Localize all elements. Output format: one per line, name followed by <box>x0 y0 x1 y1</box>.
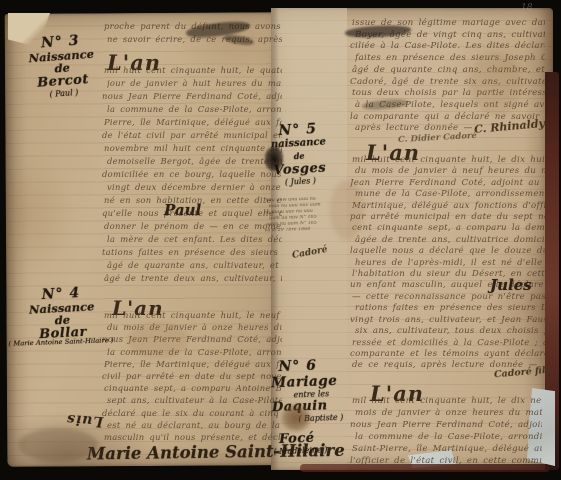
inverted-margin-word: Luis <box>65 411 103 430</box>
foxing-spot-2 <box>470 52 522 116</box>
foxing-spot-3 <box>330 180 364 240</box>
margin-note-act3: N° 3 Naissance de Bercot ( Paul ) <box>22 31 102 100</box>
stain-near-foce <box>282 405 310 431</box>
ink-blot-act5 <box>265 147 283 171</box>
shadow-bottom-left <box>18 428 98 462</box>
act4-body-text: mil huit cent cinquante huit, le neufdu … <box>104 309 282 443</box>
act6-body-text: mil huit cent cinquante huit, le dix neu… <box>352 395 542 467</box>
act3-child-name: Paul <box>164 201 201 219</box>
act5-child-name: Jules <box>490 276 532 294</box>
page-mark: 18 <box>521 3 532 13</box>
act5-body-text: mil huit cent cinquante huit, le dix hui… <box>352 155 545 372</box>
foxing-spot-1 <box>128 322 188 358</box>
act3-body-text: mil huit cent cinquante huit, le quatorz… <box>104 64 282 285</box>
margin-note-act6: N° 6 Mariage entre les Daquin ( Baptiste… <box>270 357 345 456</box>
register-page-photo: 18 N° 3 Naissance de Bercot ( Paul ) N° … <box>0 0 561 480</box>
act6-type: Mariage <box>271 373 344 392</box>
margin-note-act4: N° 4 Naissance de Bollar <box>19 284 106 343</box>
